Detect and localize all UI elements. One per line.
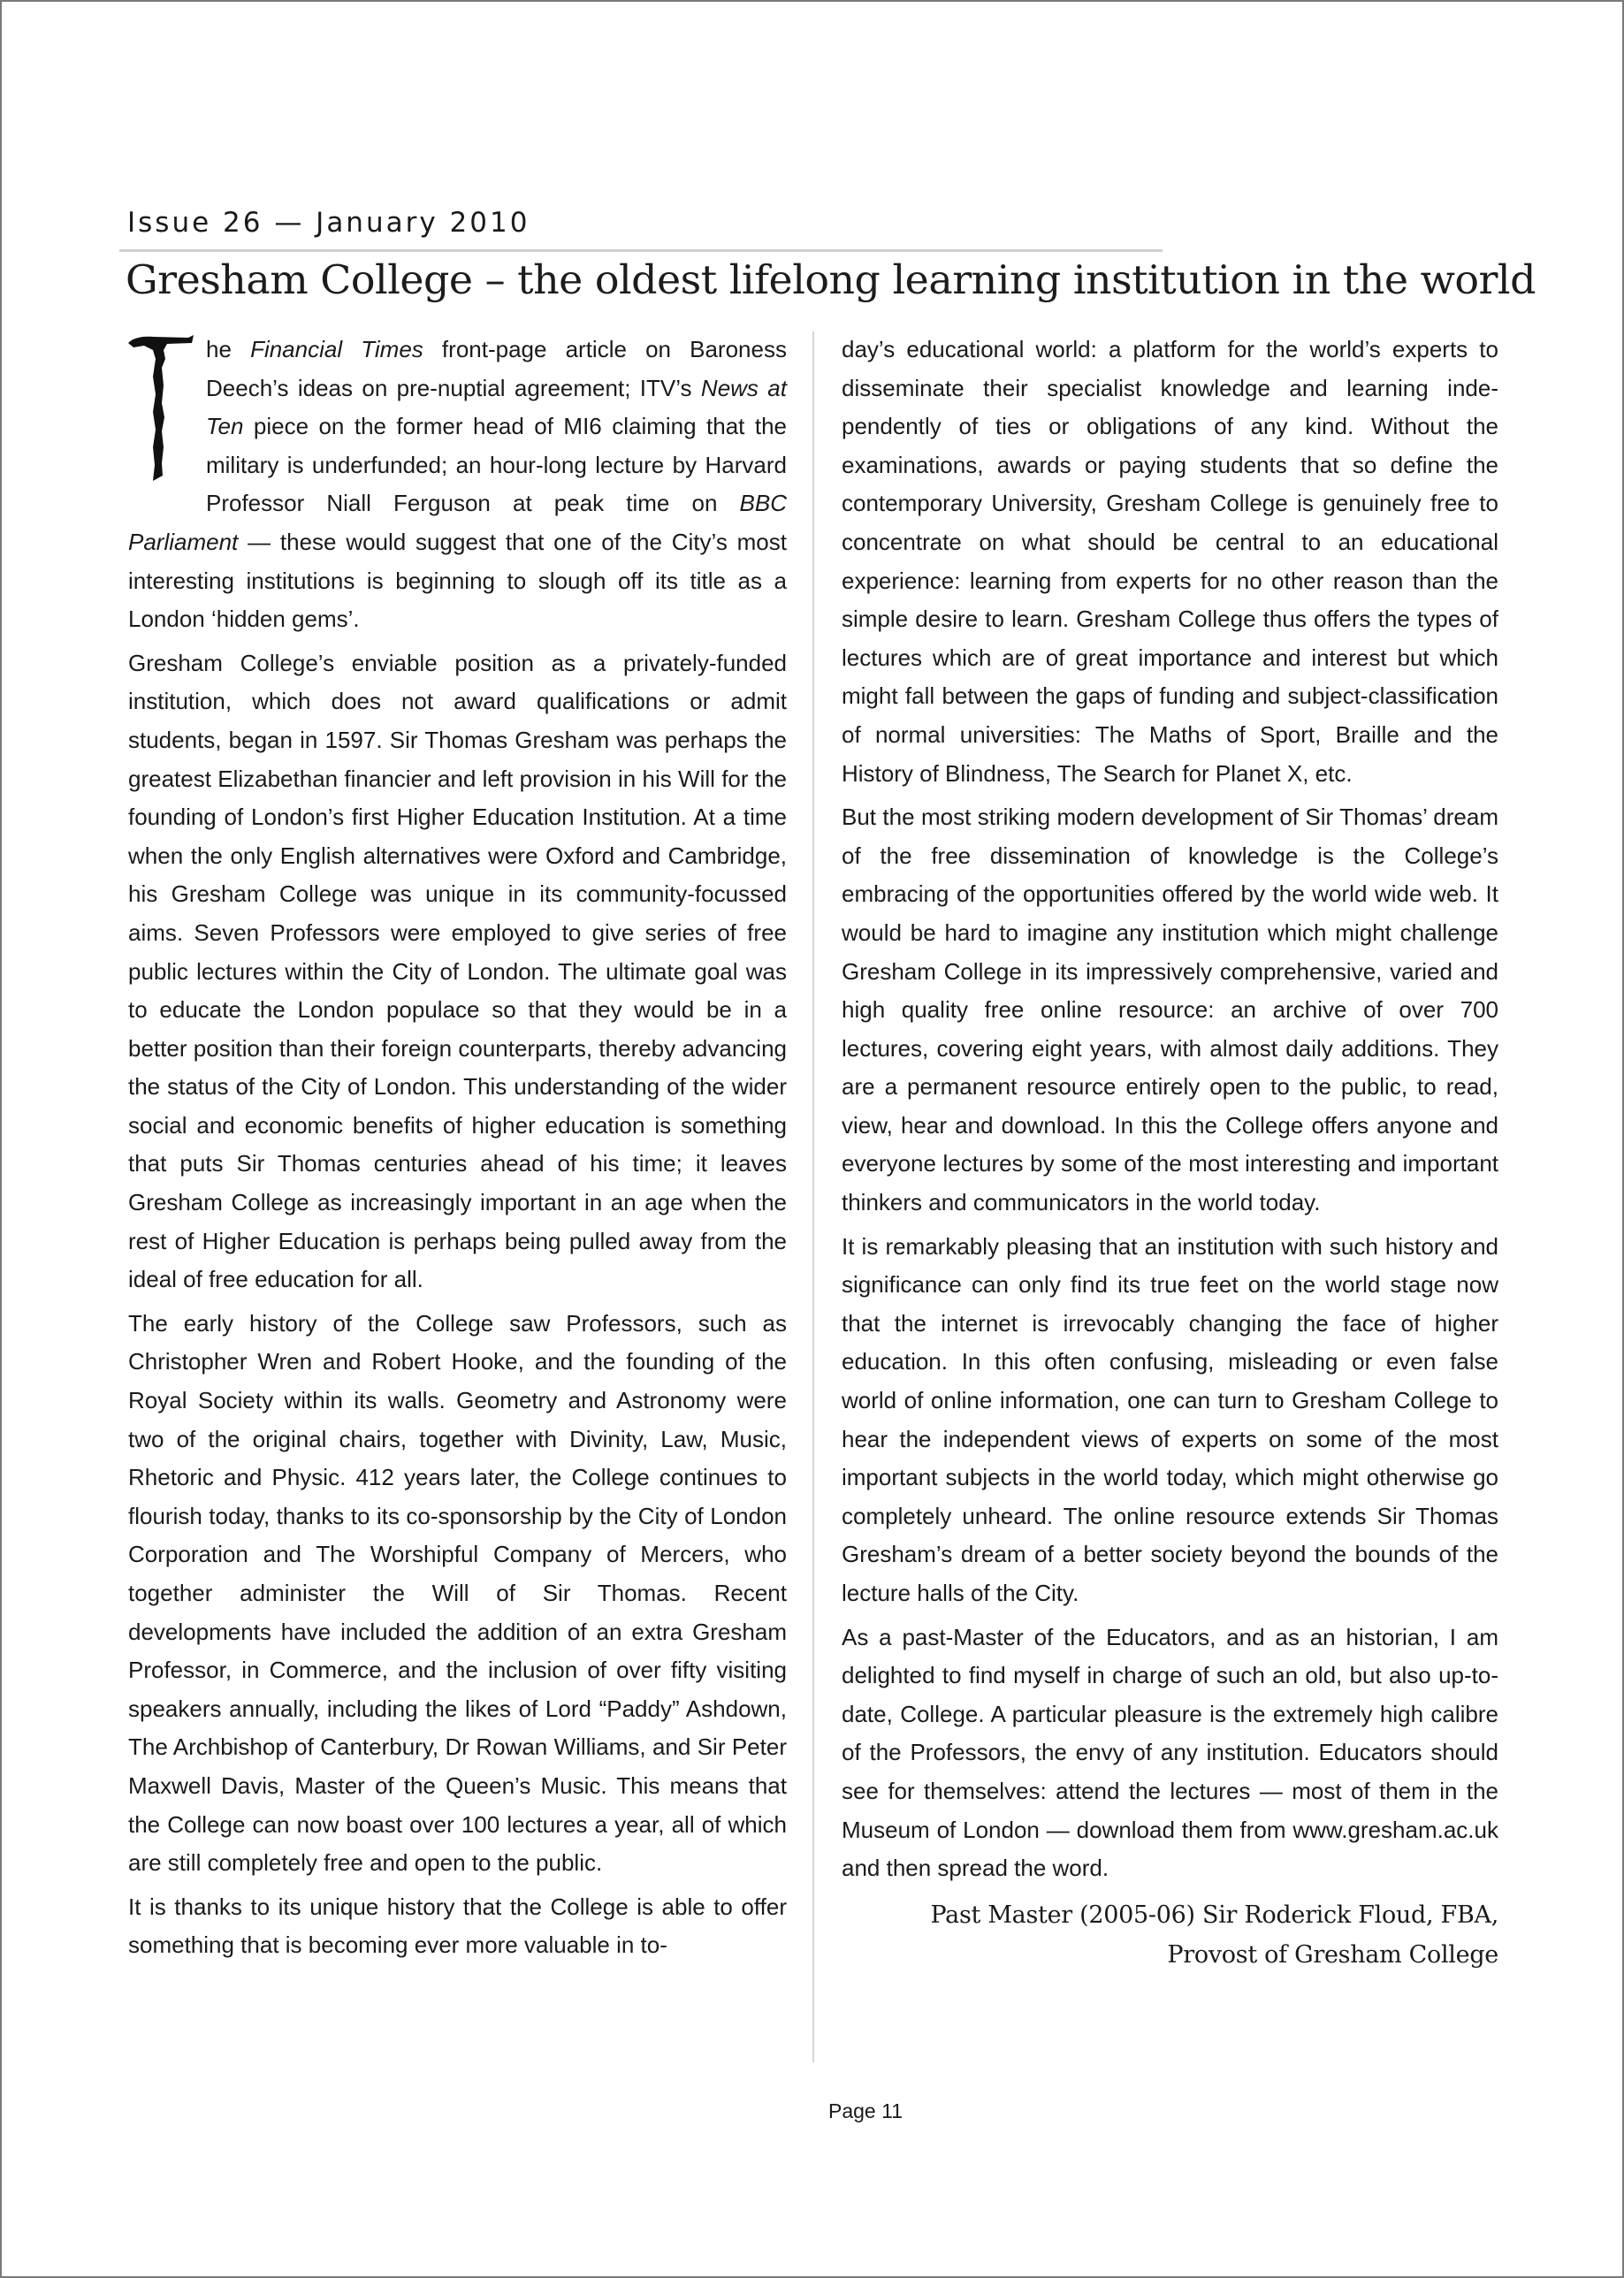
paragraph-intro: he Financial Times front-page article on…: [128, 331, 787, 639]
article-title: Gresham College – the oldest lifelong le…: [126, 256, 1568, 303]
paragraph: It is remarkably pleasing that an instit…: [842, 1228, 1498, 1613]
signature-title: Provost of Gresham College: [842, 1935, 1498, 1975]
drop-cap-t-icon: [126, 332, 194, 486]
right-column: day’s educational world: a platform for …: [842, 331, 1498, 1975]
paragraph: As a past-Master of the Educators, and a…: [842, 1619, 1498, 1888]
column-divider: [812, 331, 814, 2062]
paragraph: But the most striking modern development…: [842, 798, 1498, 1223]
newsletter-page: Issue 26 — January 2010 Gresham College …: [0, 0, 1624, 2278]
signature-name: Past Master (2005-06) Sir Roderick Floud…: [842, 1895, 1498, 1935]
issue-header: Issue 26 — January 2010: [127, 207, 530, 239]
paragraph: day’s educational world: a platform for …: [842, 331, 1498, 793]
paragraph: Gresham College’s enviable position as a…: [128, 644, 787, 1299]
paragraph: It is thanks to its unique history that …: [128, 1888, 787, 1965]
header-rule: [119, 249, 1163, 252]
paragraph: The early history of the College saw Pro…: [128, 1305, 787, 1883]
page-number: Page 11: [828, 2099, 903, 2123]
left-column: he Financial Times front-page article on…: [128, 331, 787, 1970]
author-signature: Past Master (2005-06) Sir Roderick Floud…: [842, 1895, 1498, 1975]
publication-name: Financial Times: [250, 336, 423, 362]
